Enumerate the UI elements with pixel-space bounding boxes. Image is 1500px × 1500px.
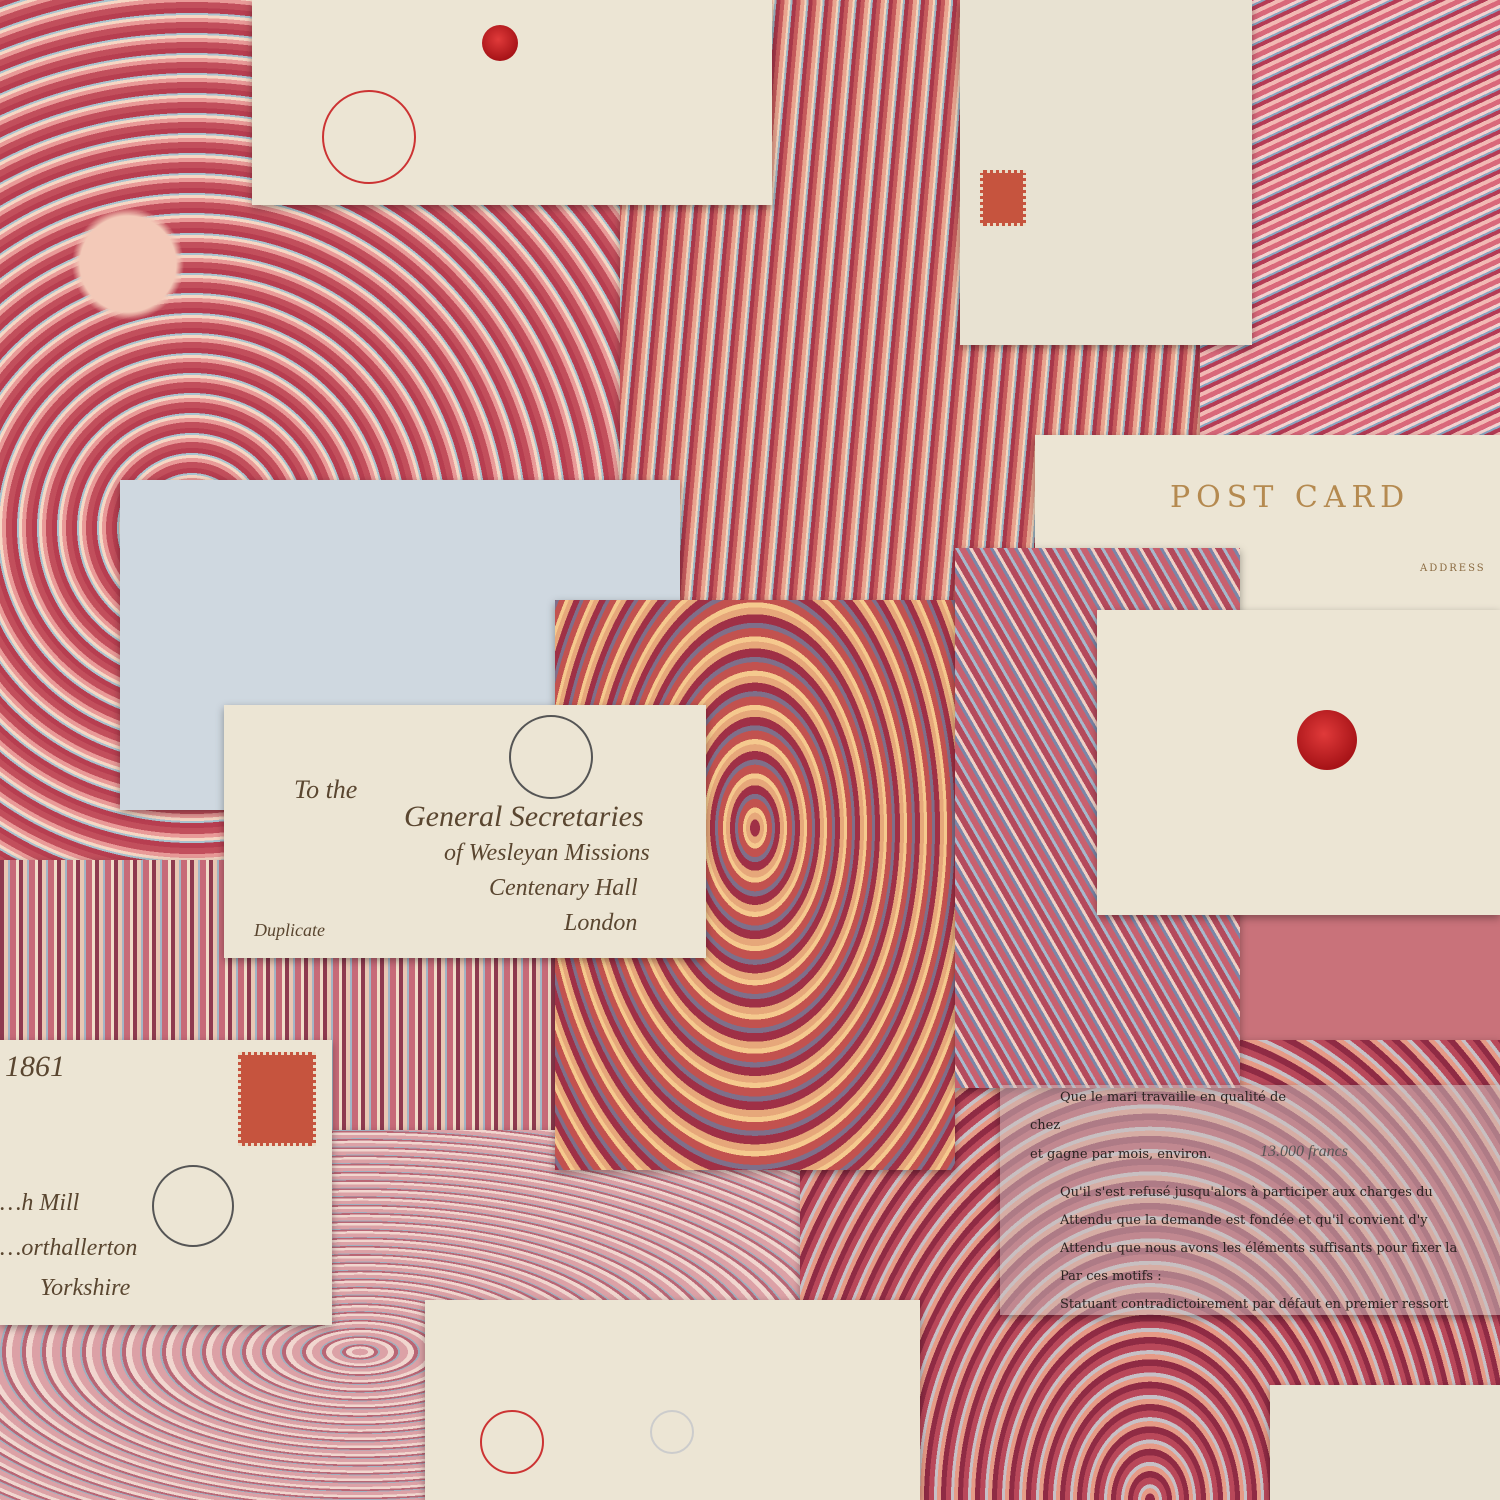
receipt-document [960, 0, 1252, 345]
doc-line-4: Attendu que la demande est fondée et qu'… [1060, 1213, 1428, 1228]
doc-line-1: chez [1030, 1118, 1060, 1133]
postcard-title: POST CARD [1170, 480, 1410, 515]
envelope-year: 1861 [5, 1050, 65, 1084]
wax-seal-icon [1297, 710, 1357, 770]
postmark-circle [152, 1165, 234, 1247]
letter-bottom-right [1270, 1385, 1500, 1500]
postcard-address-label: ADDRESS [1420, 563, 1486, 574]
embossed-seal-icon [650, 1410, 694, 1454]
address-line: …orthallerton [0, 1235, 137, 1262]
address-line: Yorkshire [40, 1275, 130, 1302]
address-line-5: London [564, 910, 637, 937]
seal-icon [482, 25, 518, 61]
doc-line-2: et gagne par mois, environ. [1030, 1147, 1211, 1162]
envelope-1861: 1861 …h Mill …orthallerton Yorkshire [0, 1040, 332, 1325]
doc-amount: 13.000 francs [1260, 1143, 1348, 1161]
envelope-top [252, 0, 772, 205]
doc-line-0: Que le mari travaille en qualité de [1060, 1090, 1286, 1105]
postmark-burslem [509, 715, 593, 799]
address-line-2: General Secretaries [404, 800, 644, 834]
postmark-red [480, 1410, 544, 1474]
penny-stamp-icon [238, 1052, 316, 1146]
envelope-wax-seal [1097, 610, 1500, 915]
envelope-bottom [425, 1300, 920, 1500]
doc-line-3: Qu'il s'est refusé jusqu'alors à partici… [1060, 1185, 1433, 1200]
french-document: Que le mari travaille en qualité de chez… [1000, 1085, 1500, 1315]
doc-line-6: Par ces motifs : [1060, 1269, 1162, 1284]
address-line-1: To the [294, 775, 357, 805]
duplicate-note: Duplicate [254, 920, 325, 941]
doc-line-5: Attendu que nous avons les éléments suff… [1060, 1241, 1457, 1256]
postmark-london [322, 90, 416, 184]
address-line-4: Centenary Hall [489, 875, 638, 902]
envelope-center: To the General Secretaries of Wesleyan M… [224, 705, 706, 958]
doc-line-7: Statuant contradictoirement par défaut e… [1060, 1297, 1448, 1312]
address-line-3: of Wesleyan Missions [444, 840, 650, 867]
address-line: …h Mill [0, 1190, 79, 1217]
stamp-icon [980, 170, 1026, 226]
